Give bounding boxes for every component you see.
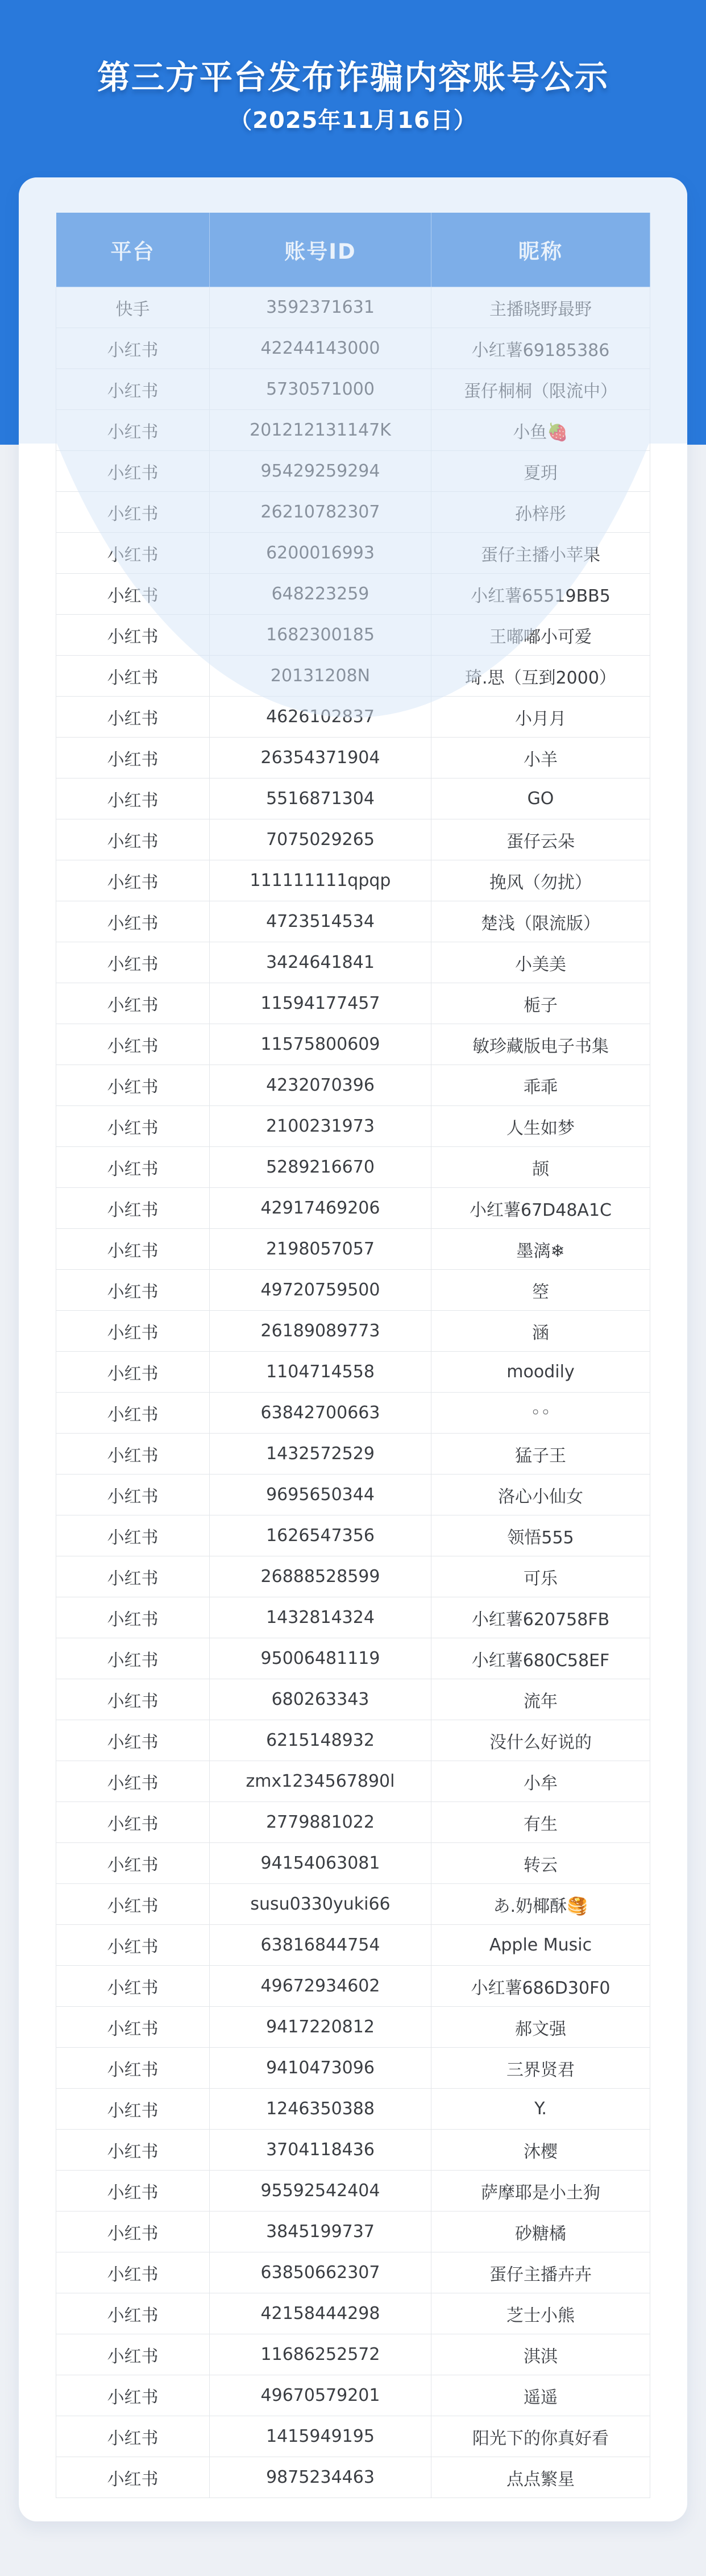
account-id-cell: 11575800609	[210, 1024, 431, 1065]
table-row: 小红书5730571000蛋仔桐桐（限流中）	[56, 369, 650, 410]
account-id-cell: 95006481119	[210, 1638, 431, 1679]
platform-cell: 小红书	[56, 1147, 210, 1188]
table-row: 小红书42158444298芝士小熊	[56, 2293, 650, 2334]
table-row: 小红书zmx1234567890l小牟	[56, 1761, 650, 1802]
account-id-cell: 11686252572	[210, 2334, 431, 2375]
table-row: 小红书4626102837小月月	[56, 697, 650, 738]
platform-cell: 小红书	[56, 2171, 210, 2211]
nickname-cell: 沐樱	[431, 2130, 650, 2171]
account-id-cell: 4626102837	[210, 697, 431, 738]
account-id-cell: 95592542404	[210, 2171, 431, 2211]
nickname-cell: 小鱼🍓	[431, 410, 650, 451]
account-id-cell: 42917469206	[210, 1188, 431, 1229]
table-header-row: 平台 账号ID 昵称	[56, 213, 650, 287]
account-id-cell: 7075029265	[210, 819, 431, 860]
account-id-cell: 26189089773	[210, 1311, 431, 1352]
platform-cell: 小红书	[56, 1556, 210, 1597]
account-id-cell: 5730571000	[210, 369, 431, 410]
account-id-cell: 63816844754	[210, 1925, 431, 1966]
account-id-cell: 6200016993	[210, 533, 431, 574]
platform-cell: 小红书	[56, 860, 210, 901]
nickname-cell: 萨摩耶是小土狗	[431, 2171, 650, 2211]
nickname-cell: 敏珍藏版电子书集	[431, 1024, 650, 1065]
platform-cell: 小红书	[56, 2048, 210, 2089]
account-id-cell: 1246350388	[210, 2089, 431, 2130]
account-id-cell: 49672934602	[210, 1966, 431, 2007]
platform-cell: 小红书	[56, 1024, 210, 1065]
platform-cell: 小红书	[56, 1188, 210, 1229]
account-id-cell: zmx1234567890l	[210, 1761, 431, 1802]
nickname-cell: 小红薯69185386	[431, 328, 650, 369]
table-row: 小红书2779881022有生	[56, 1802, 650, 1843]
platform-cell: 小红书	[56, 1884, 210, 1925]
account-id-cell: 2198057057	[210, 1229, 431, 1270]
platform-cell: 小红书	[56, 819, 210, 860]
table-row: 小红书6200016993蛋仔主播小苹果	[56, 533, 650, 574]
platform-cell: 小红书	[56, 492, 210, 533]
column-header-nickname: 昵称	[431, 213, 650, 287]
platform-cell: 小红书	[56, 983, 210, 1024]
platform-cell: 小红书	[56, 451, 210, 492]
table-row: 小红书3424641841小美美	[56, 942, 650, 983]
table-row: 小红书9695650344洛心小仙女	[56, 1475, 650, 1515]
nickname-cell: 点点繁星	[431, 2457, 650, 2498]
account-id-cell: 1104714558	[210, 1352, 431, 1393]
nickname-cell: 小羊	[431, 738, 650, 778]
account-id-cell: 4723514534	[210, 901, 431, 942]
nickname-cell: 涵	[431, 1311, 650, 1352]
platform-cell: 小红书	[56, 2211, 210, 2252]
platform-cell: 小红书	[56, 1515, 210, 1556]
platform-cell: 小红书	[56, 2457, 210, 2498]
account-id-cell: 111111111qpqp	[210, 860, 431, 901]
nickname-cell: 淇淇	[431, 2334, 650, 2375]
account-id-cell: 20131208N	[210, 656, 431, 697]
platform-cell: 小红书	[56, 2334, 210, 2375]
platform-cell: 小红书	[56, 2416, 210, 2457]
nickname-cell: 阳光下的你真好看	[431, 2416, 650, 2457]
nickname-cell: 洛心小仙女	[431, 1475, 650, 1515]
platform-cell: 小红书	[56, 410, 210, 451]
nickname-cell: 人生如梦	[431, 1106, 650, 1147]
nickname-cell: 蛋仔主播小苹果	[431, 533, 650, 574]
account-id-cell: 4232070396	[210, 1065, 431, 1106]
account-id-cell: 3845199737	[210, 2211, 431, 2252]
table-body: 快手3592371631主播晓野最野小红书42244143000小红薯69185…	[56, 287, 650, 2498]
table-row: 小红书susu0330yuki66あ.奶椰酥🥞	[56, 1884, 650, 1925]
platform-cell: 小红书	[56, 2252, 210, 2293]
nickname-cell: 可乐	[431, 1556, 650, 1597]
account-id-cell: 9875234463	[210, 2457, 431, 2498]
column-header-account-id: 账号ID	[210, 213, 431, 287]
platform-cell: 小红书	[56, 1597, 210, 1638]
platform-cell: 小红书	[56, 1311, 210, 1352]
account-id-cell: 11594177457	[210, 983, 431, 1024]
platform-cell: 小红书	[56, 1679, 210, 1720]
platform-cell: 小红书	[56, 656, 210, 697]
nickname-cell: 小红薯67D48A1C	[431, 1188, 650, 1229]
nickname-cell: あ.奶椰酥🥞	[431, 1884, 650, 1925]
nickname-cell: 琦.思（互到2000）	[431, 656, 650, 697]
platform-cell: 小红书	[56, 1229, 210, 1270]
platform-cell: 小红书	[56, 1106, 210, 1147]
table-row: 小红书1432572529猛子王	[56, 1434, 650, 1475]
nickname-cell: 颉	[431, 1147, 650, 1188]
nickname-cell: 蛋仔桐桐（限流中）	[431, 369, 650, 410]
platform-cell: 小红书	[56, 738, 210, 778]
table-row: 小红书9875234463点点繁星	[56, 2457, 650, 2498]
account-id-cell: 1432572529	[210, 1434, 431, 1475]
platform-cell: 小红书	[56, 1638, 210, 1679]
table-row: 小红书11594177457栀子	[56, 983, 650, 1024]
nickname-cell: moodily	[431, 1352, 650, 1393]
page-subtitle: （2025年11月16日）	[0, 102, 706, 135]
nickname-cell: 蛋仔云朵	[431, 819, 650, 860]
nickname-cell: 孙梓彤	[431, 492, 650, 533]
title-block: 第三方平台发布诈骗内容账号公示 （2025年11月16日）	[0, 0, 706, 135]
table-row: 小红书4232070396乖乖	[56, 1065, 650, 1106]
table-row: 小红书63842700663◦◦	[56, 1393, 650, 1434]
nickname-cell: 墨漓❄	[431, 1229, 650, 1270]
table-row: 小红书63850662307蛋仔主播卉卉	[56, 2252, 650, 2293]
nickname-cell: 主播晓野最野	[431, 287, 650, 328]
table-row: 小红书9417220812郝文强	[56, 2007, 650, 2048]
table-row: 快手3592371631主播晓野最野	[56, 287, 650, 328]
nickname-cell: 有生	[431, 1802, 650, 1843]
platform-cell: 小红书	[56, 574, 210, 615]
table-row: 小红书6215148932没什么好说的	[56, 1720, 650, 1761]
nickname-cell: GO	[431, 778, 650, 819]
account-id-cell: 26888528599	[210, 1556, 431, 1597]
platform-cell: 快手	[56, 287, 210, 328]
platform-cell: 小红书	[56, 2089, 210, 2130]
table-row: 小红书49670579201遥遥	[56, 2375, 650, 2416]
nickname-cell: 小美美	[431, 942, 650, 983]
nickname-cell: 遥遥	[431, 2375, 650, 2416]
account-id-cell: 26210782307	[210, 492, 431, 533]
nickname-cell: 楚浅（限流版）	[431, 901, 650, 942]
accounts-table: 平台 账号ID 昵称 快手3592371631主播晓野最野小红书42244143…	[56, 212, 650, 2498]
account-id-cell: 5289216670	[210, 1147, 431, 1188]
table-row: 小红书201212131147K小鱼🍓	[56, 410, 650, 451]
platform-cell: 小红书	[56, 1925, 210, 1966]
nickname-cell: 小红薯680C58EF	[431, 1638, 650, 1679]
nickname-cell: Apple Music	[431, 1925, 650, 1966]
platform-cell: 小红书	[56, 1434, 210, 1475]
account-id-cell: 3424641841	[210, 942, 431, 983]
nickname-cell: 砂糖橘	[431, 2211, 650, 2252]
account-id-cell: 648223259	[210, 574, 431, 615]
account-id-cell: 680263343	[210, 1679, 431, 1720]
table-row: 小红书9410473096三界贤君	[56, 2048, 650, 2089]
nickname-cell: 挽风（勿扰）	[431, 860, 650, 901]
table-row: 小红书1104714558moodily	[56, 1352, 650, 1393]
table-row: 小红书42244143000小红薯69185386	[56, 328, 650, 369]
nickname-cell: 栀子	[431, 983, 650, 1024]
nickname-cell: Y.	[431, 2089, 650, 2130]
table-row: 小红书94154063081转云	[56, 1843, 650, 1884]
table-row: 小红书4723514534楚浅（限流版）	[56, 901, 650, 942]
table-row: 小红书95429259294夏玥	[56, 451, 650, 492]
account-id-cell: susu0330yuki66	[210, 1884, 431, 1925]
table-row: 小红书5289216670颉	[56, 1147, 650, 1188]
table-row: 小红书49720759500箜	[56, 1270, 650, 1311]
account-id-cell: 94154063081	[210, 1843, 431, 1884]
table-row: 小红书63816844754Apple Music	[56, 1925, 650, 1966]
table-row: 小红书3845199737砂糖橘	[56, 2211, 650, 2252]
table-row: 小红书26354371904小羊	[56, 738, 650, 778]
nickname-cell: 郝文强	[431, 2007, 650, 2048]
platform-cell: 小红书	[56, 2293, 210, 2334]
platform-cell: 小红书	[56, 1761, 210, 1802]
nickname-cell: 没什么好说的	[431, 1720, 650, 1761]
nickname-cell: 小红薯686D30F0	[431, 1966, 650, 2007]
nickname-cell: 三界贤君	[431, 2048, 650, 2089]
account-id-cell: 2100231973	[210, 1106, 431, 1147]
platform-cell: 小红书	[56, 533, 210, 574]
nickname-cell: 小牟	[431, 1761, 650, 1802]
table-row: 小红书1626547356领悟555	[56, 1515, 650, 1556]
content-card: 平台 账号ID 昵称 快手3592371631主播晓野最野小红书42244143…	[19, 177, 687, 2521]
platform-cell: 小红书	[56, 2007, 210, 2048]
nickname-cell: 小红薯620758FB	[431, 1597, 650, 1638]
table-row: 小红书648223259小红薯65519BB5	[56, 574, 650, 615]
account-id-cell: 9417220812	[210, 2007, 431, 2048]
table-row: 小红书42917469206小红薯67D48A1C	[56, 1188, 650, 1229]
account-id-cell: 49720759500	[210, 1270, 431, 1311]
nickname-cell: 乖乖	[431, 1065, 650, 1106]
account-id-cell: 201212131147K	[210, 410, 431, 451]
table-row: 小红书5516871304GO	[56, 778, 650, 819]
platform-cell: 小红书	[56, 328, 210, 369]
platform-cell: 小红书	[56, 369, 210, 410]
table-row: 小红书2198057057墨漓❄	[56, 1229, 650, 1270]
table-row: 小红书20131208N琦.思（互到2000）	[56, 656, 650, 697]
table-row: 小红书95592542404萨摩耶是小土狗	[56, 2171, 650, 2211]
account-id-cell: 63850662307	[210, 2252, 431, 2293]
platform-cell: 小红书	[56, 1352, 210, 1393]
table-row: 小红书680263343流年	[56, 1679, 650, 1720]
account-id-cell: 6215148932	[210, 1720, 431, 1761]
platform-cell: 小红书	[56, 1720, 210, 1761]
table-row: 小红书1432814324小红薯620758FB	[56, 1597, 650, 1638]
platform-cell: 小红书	[56, 1393, 210, 1434]
nickname-cell: 流年	[431, 1679, 650, 1720]
nickname-cell: ◦◦	[431, 1393, 650, 1434]
table-row: 小红书111111111qpqp挽风（勿扰）	[56, 860, 650, 901]
nickname-cell: 芝士小熊	[431, 2293, 650, 2334]
table-row: 小红书95006481119小红薯680C58EF	[56, 1638, 650, 1679]
table-row: 小红书1246350388Y.	[56, 2089, 650, 2130]
nickname-cell: 夏玥	[431, 451, 650, 492]
platform-cell: 小红书	[56, 2375, 210, 2416]
nickname-cell: 领悟555	[431, 1515, 650, 1556]
table-row: 小红书26189089773涵	[56, 1311, 650, 1352]
account-id-cell: 9410473096	[210, 2048, 431, 2089]
nickname-cell: 转云	[431, 1843, 650, 1884]
table-row: 小红书11686252572淇淇	[56, 2334, 650, 2375]
platform-cell: 小红书	[56, 901, 210, 942]
platform-cell: 小红书	[56, 1065, 210, 1106]
table-row: 小红书11575800609敏珍藏版电子书集	[56, 1024, 650, 1065]
platform-cell: 小红书	[56, 778, 210, 819]
nickname-cell: 小月月	[431, 697, 650, 738]
table-row: 小红书26210782307孙梓彤	[56, 492, 650, 533]
table-row: 小红书49672934602小红薯686D30F0	[56, 1966, 650, 2007]
account-id-cell: 2779881022	[210, 1802, 431, 1843]
table-row: 小红书7075029265蛋仔云朵	[56, 819, 650, 860]
platform-cell: 小红书	[56, 2130, 210, 2171]
platform-cell: 小红书	[56, 1802, 210, 1843]
nickname-cell: 箜	[431, 1270, 650, 1311]
table-row: 小红书26888528599可乐	[56, 1556, 650, 1597]
column-header-platform: 平台	[56, 213, 210, 287]
account-id-cell: 3592371631	[210, 287, 431, 328]
table-row: 小红书3704118436沐樱	[56, 2130, 650, 2171]
table-header: 平台 账号ID 昵称	[56, 213, 650, 287]
table-row: 小红书1415949195阳光下的你真好看	[56, 2416, 650, 2457]
platform-cell: 小红书	[56, 1966, 210, 2007]
nickname-cell: 蛋仔主播卉卉	[431, 2252, 650, 2293]
account-id-cell: 9695650344	[210, 1475, 431, 1515]
account-id-cell: 1682300185	[210, 615, 431, 656]
platform-cell: 小红书	[56, 1475, 210, 1515]
nickname-cell: 王嘟嘟小可爱	[431, 615, 650, 656]
account-id-cell: 26354371904	[210, 738, 431, 778]
account-id-cell: 1415949195	[210, 2416, 431, 2457]
platform-cell: 小红书	[56, 1270, 210, 1311]
page-title: 第三方平台发布诈骗内容账号公示	[0, 59, 706, 97]
platform-cell: 小红书	[56, 697, 210, 738]
account-id-cell: 1626547356	[210, 1515, 431, 1556]
account-id-cell: 3704118436	[210, 2130, 431, 2171]
account-id-cell: 95429259294	[210, 451, 431, 492]
platform-cell: 小红书	[56, 1843, 210, 1884]
platform-cell: 小红书	[56, 942, 210, 983]
account-id-cell: 63842700663	[210, 1393, 431, 1434]
account-id-cell: 42244143000	[210, 328, 431, 369]
table-row: 小红书1682300185王嘟嘟小可爱	[56, 615, 650, 656]
platform-cell: 小红书	[56, 615, 210, 656]
table-row: 小红书2100231973人生如梦	[56, 1106, 650, 1147]
nickname-cell: 小红薯65519BB5	[431, 574, 650, 615]
account-id-cell: 5516871304	[210, 778, 431, 819]
account-id-cell: 42158444298	[210, 2293, 431, 2334]
account-id-cell: 49670579201	[210, 2375, 431, 2416]
nickname-cell: 猛子王	[431, 1434, 650, 1475]
account-id-cell: 1432814324	[210, 1597, 431, 1638]
